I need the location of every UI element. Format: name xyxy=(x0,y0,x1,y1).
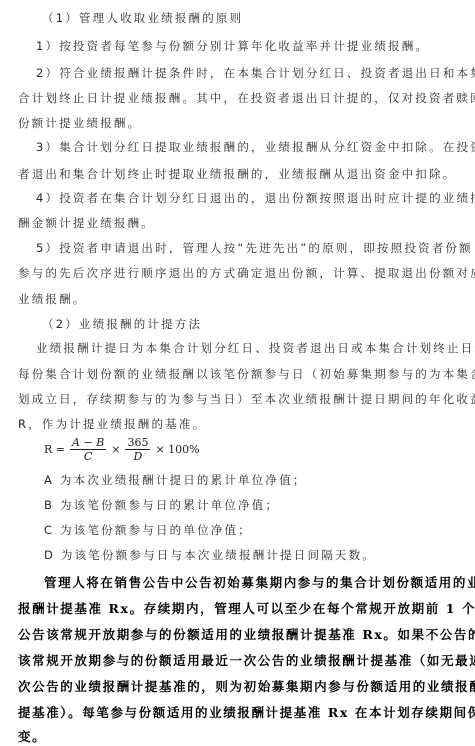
bold-paragraph-line-2: 报酬计提基准 Rx。存续期内，管理人可以至少在每个常规开放期前 1 个工作日 xyxy=(18,599,475,617)
bold-paragraph-line-5: 次公告的业绩报酬计提基准的，则为初始募集期内参与份额适用的业绩报酬计 xyxy=(18,677,475,695)
paragraph-3-line-2: 者退出和集合计划终止时提取业绩报酬的，业绩报酬从退出资金中扣除。 xyxy=(18,166,456,182)
formula-lhs: R = xyxy=(44,443,65,456)
section-heading-principles: （1）管理人收取业绩报酬的原则 xyxy=(42,10,243,26)
paragraph-6-line-4: R，作为计提业绩报酬的基准。 xyxy=(18,416,206,432)
paragraph-4-line-1: 4）投资者在集合计划分红日退出的，退出份额按照退出时应计提的业绩报 xyxy=(36,190,475,206)
paragraph-3-line-1: 3）集合计划分红日提取业绩报酬的，业绩报酬从分红资金中扣除。在投资 xyxy=(36,139,475,155)
fraction-denominator: D xyxy=(134,450,143,463)
fraction-365-over-d: 365 D xyxy=(125,436,150,463)
fraction-denominator: C xyxy=(84,450,92,463)
definition-d: D 为该笔份额参与日与本次业绩报酬计提日间隔天数。 xyxy=(44,547,376,563)
paragraph-6-line-3: 划成立日，存续期参与的为参与当日）至本次业绩报酬计提日期间的年化收益率 xyxy=(18,391,475,407)
paragraph-5-line-2: 参与的先后次序进行顺序退出的方式确定退出份额，计算、提取退出份额对应的 xyxy=(18,265,475,281)
bold-paragraph-line-6: 提基准）。每笔参与份额适用的业绩报酬计提基准 Rx 在本计划存续期间保持不 xyxy=(18,703,475,721)
paragraph-5-line-3: 业绩报酬。 xyxy=(18,291,87,307)
times-sign: × xyxy=(111,443,120,456)
bold-paragraph-line-3: 公告该常规开放期参与的份额适用的业绩报酬计提基准 Rx。如果不公告的，则 xyxy=(18,625,475,643)
paragraph-4-line-2: 酬金额计提业绩报酬。 xyxy=(18,215,155,231)
paragraph-5-line-1: 5）投资者申请退出时，管理人按“先进先出”的原则，即按照投资者份额 xyxy=(36,240,473,256)
paragraph-6-line-1: 业绩报酬计提日为本集合计划分红日、投资者退出日或本集合计划终止日。 xyxy=(36,340,475,356)
bold-paragraph-line-7: 变。 xyxy=(18,727,46,745)
definition-c: C 为该笔份额参与日的单位净值； xyxy=(44,522,252,538)
definition-a: A 为本次业绩报酬计提日的累计单位净值； xyxy=(44,472,307,488)
definition-b: B 为该笔份额参与日的累计单位净值； xyxy=(44,497,279,513)
fraction-numerator: A − B xyxy=(70,436,106,450)
section-heading-method: （2）业绩报酬的计提方法 xyxy=(42,316,202,332)
paragraph-2-line-1: 2）符合业绩报酬计提条件时，在本集合计划分红日、投资者退出日和本集 xyxy=(36,65,475,81)
fraction-numerator: 365 xyxy=(125,436,150,450)
paragraph-1: 1）按投资者每笔参与份额分别计算年化收益率并计提业绩报酬。 xyxy=(36,38,429,54)
return-formula: R = A − B C × 365 D × 100% xyxy=(44,436,200,463)
bold-paragraph-line-1: 管理人将在销售公告中公告初始募集期内参与的集合计划份额适用的业绩 xyxy=(44,573,475,591)
fraction-a-minus-b-over-c: A − B C xyxy=(70,436,106,463)
paragraph-6-line-2: 每份集合计划份额的业绩报酬以该笔份额参与日（初始募集期参与的为本集合计 xyxy=(18,366,475,382)
bold-paragraph-line-4: 该常规开放期参与的份额适用最近一次公告的业绩报酬计提基准（如无最近一 xyxy=(18,651,475,669)
times-percent: × 100% xyxy=(155,443,199,456)
paragraph-2-line-2: 合计划终止日计提业绩报酬。其中，在投资者退出日计提的，仅对投资者赎回的 xyxy=(18,90,475,106)
paragraph-2-line-3: 份额计提业绩报酬。 xyxy=(18,115,141,131)
